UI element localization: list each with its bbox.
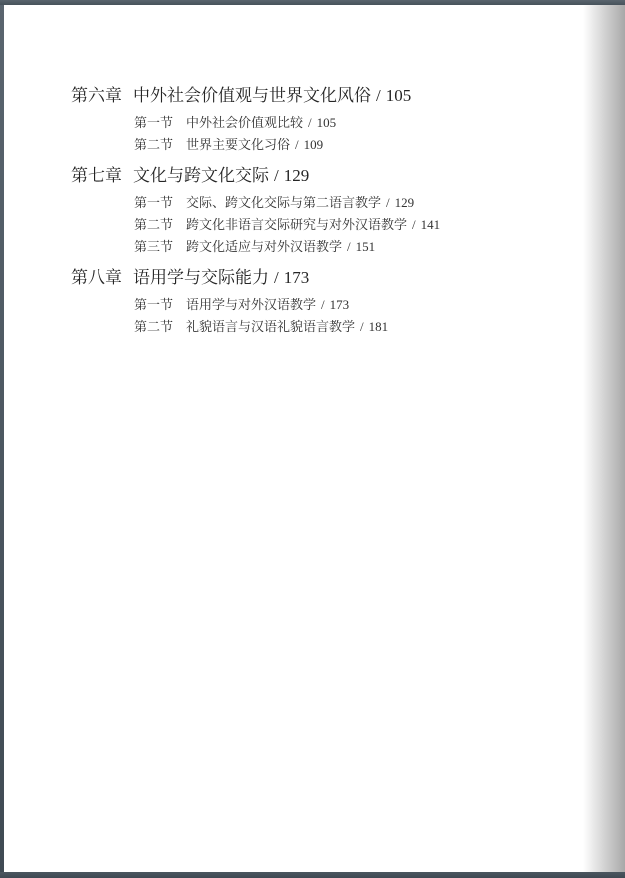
chapter-page-number: 105	[386, 86, 412, 105]
chapter-heading: 第七章文化与跨文化交际/129	[71, 166, 570, 186]
section-label: 第三节	[134, 239, 173, 254]
page-separator: /	[376, 86, 381, 105]
toc-chapter-8: 第八章语用学与交际能力/173 第一节语用学与对外汉语教学/173 第二节礼貌语…	[71, 268, 570, 338]
chapter-title: 中外社会价值观与世界文化风俗	[133, 86, 371, 105]
chapter-label: 第七章	[71, 166, 122, 185]
section-page-number: 181	[369, 319, 389, 334]
toc-section: 第二节跨文化非语言交际研究与对外汉语教学/141	[134, 214, 570, 236]
section-page-number: 109	[304, 137, 324, 152]
page-separator: /	[321, 297, 325, 312]
toc-section: 第一节交际、跨文化交际与第二语言教学/129	[134, 192, 570, 214]
section-title: 语用学与对外汉语教学	[186, 297, 316, 312]
section-page-number: 105	[317, 115, 337, 130]
page-separator: /	[274, 268, 279, 287]
chapter-title: 文化与跨文化交际	[133, 166, 269, 185]
chapter-page-number: 129	[284, 166, 310, 185]
toc-section: 第一节语用学与对外汉语教学/173	[134, 294, 570, 316]
toc-section: 第二节礼貌语言与汉语礼貌语言教学/181	[134, 316, 570, 338]
page-top-edge	[0, 0, 625, 5]
section-label: 第一节	[134, 195, 173, 210]
section-title: 世界主要文化习俗	[186, 137, 290, 152]
page-separator: /	[308, 115, 312, 130]
page-separator: /	[386, 195, 390, 210]
page-separator: /	[360, 319, 364, 334]
page-separator: /	[274, 166, 279, 185]
toc-chapter-7: 第七章文化与跨文化交际/129 第一节交际、跨文化交际与第二语言教学/129 第…	[71, 166, 570, 258]
section-title: 跨文化适应与对外汉语教学	[186, 239, 342, 254]
table-of-contents: 第六章中外社会价值观与世界文化风俗/105 第一节中外社会价值观比较/105 第…	[71, 86, 570, 348]
section-page-number: 129	[395, 195, 415, 210]
toc-section: 第三节跨文化适应与对外汉语教学/151	[134, 236, 570, 258]
page-right-gutter-shadow	[583, 0, 625, 878]
chapter-heading: 第八章语用学与交际能力/173	[71, 268, 570, 288]
page-left-edge	[0, 0, 4, 878]
page-bottom-edge	[0, 872, 625, 878]
chapter-label: 第六章	[71, 86, 122, 105]
section-label: 第二节	[134, 319, 173, 334]
page-separator: /	[412, 217, 416, 232]
section-label: 第二节	[134, 137, 173, 152]
section-label: 第一节	[134, 115, 173, 130]
toc-section: 第二节世界主要文化习俗/109	[134, 134, 570, 156]
scanned-book-page: 第六章中外社会价值观与世界文化风俗/105 第一节中外社会价值观比较/105 第…	[0, 0, 625, 878]
section-page-number: 151	[356, 239, 376, 254]
section-title: 交际、跨文化交际与第二语言教学	[186, 195, 381, 210]
chapter-page-number: 173	[284, 268, 310, 287]
section-page-number: 173	[330, 297, 350, 312]
chapter-label: 第八章	[71, 268, 122, 287]
toc-chapter-6: 第六章中外社会价值观与世界文化风俗/105 第一节中外社会价值观比较/105 第…	[71, 86, 570, 156]
toc-section: 第一节中外社会价值观比较/105	[134, 112, 570, 134]
section-label: 第二节	[134, 217, 173, 232]
chapter-title: 语用学与交际能力	[133, 268, 269, 287]
page-separator: /	[295, 137, 299, 152]
section-page-number: 141	[421, 217, 441, 232]
section-title: 跨文化非语言交际研究与对外汉语教学	[186, 217, 407, 232]
section-title: 中外社会价值观比较	[186, 115, 303, 130]
page-separator: /	[347, 239, 351, 254]
chapter-heading: 第六章中外社会价值观与世界文化风俗/105	[71, 86, 570, 106]
section-title: 礼貌语言与汉语礼貌语言教学	[186, 319, 355, 334]
section-label: 第一节	[134, 297, 173, 312]
